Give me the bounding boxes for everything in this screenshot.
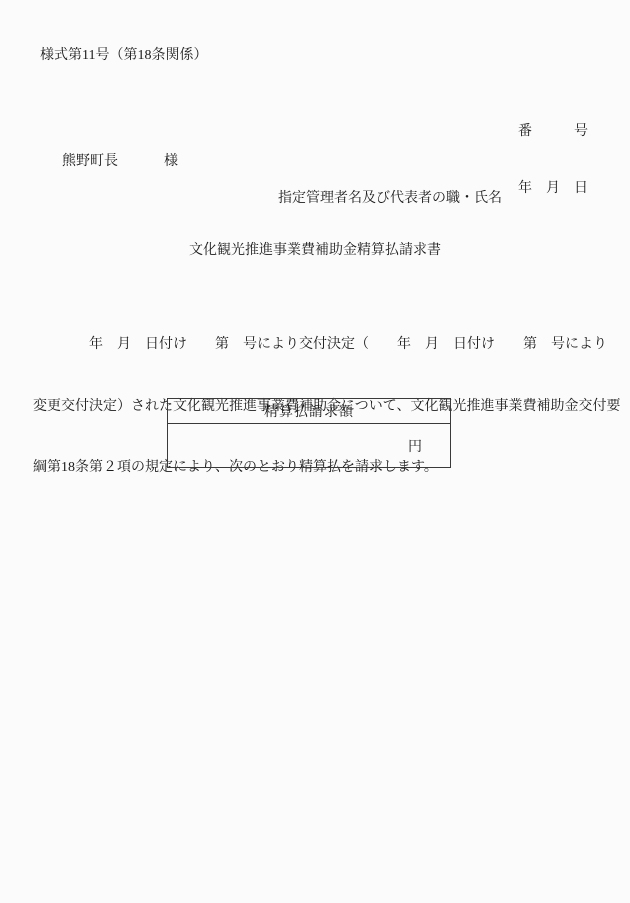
amount-table-header: 精算払請求額 [168, 399, 451, 424]
document-page: 様式第11号（第18条関係） 番 号 年 月 日 熊野町長様 指定管理者名及び代… [0, 0, 630, 903]
applicant-signature-label: 指定管理者名及び代表者の職・氏名 [278, 192, 502, 206]
addressee-honorific: 様 [164, 154, 178, 169]
addressee-line: 熊野町長様 [48, 141, 178, 183]
document-number-line: 番 号 [518, 122, 588, 141]
amount-table-header-row: 精算払請求額 [168, 399, 451, 424]
currency-unit-label: 円 [408, 440, 422, 455]
settlement-amount-table: 精算払請求額 円 [167, 398, 451, 468]
document-date-line: 年 月 日 [518, 179, 588, 198]
amount-cell: 円 [168, 424, 451, 468]
addressee-name: 熊野町長 [62, 154, 118, 169]
body-line-1: 年 月 日付け 第 号により交付決定（ 年 月 日付け 第 号により [33, 335, 623, 356]
form-number: 様式第11号（第18条関係） [40, 49, 207, 63]
document-number-date-block: 番 号 年 月 日 [518, 84, 588, 236]
document-title: 文化観光推進事業費補助金精算払請求書 [0, 244, 630, 258]
amount-table-value-row: 円 [168, 424, 451, 468]
